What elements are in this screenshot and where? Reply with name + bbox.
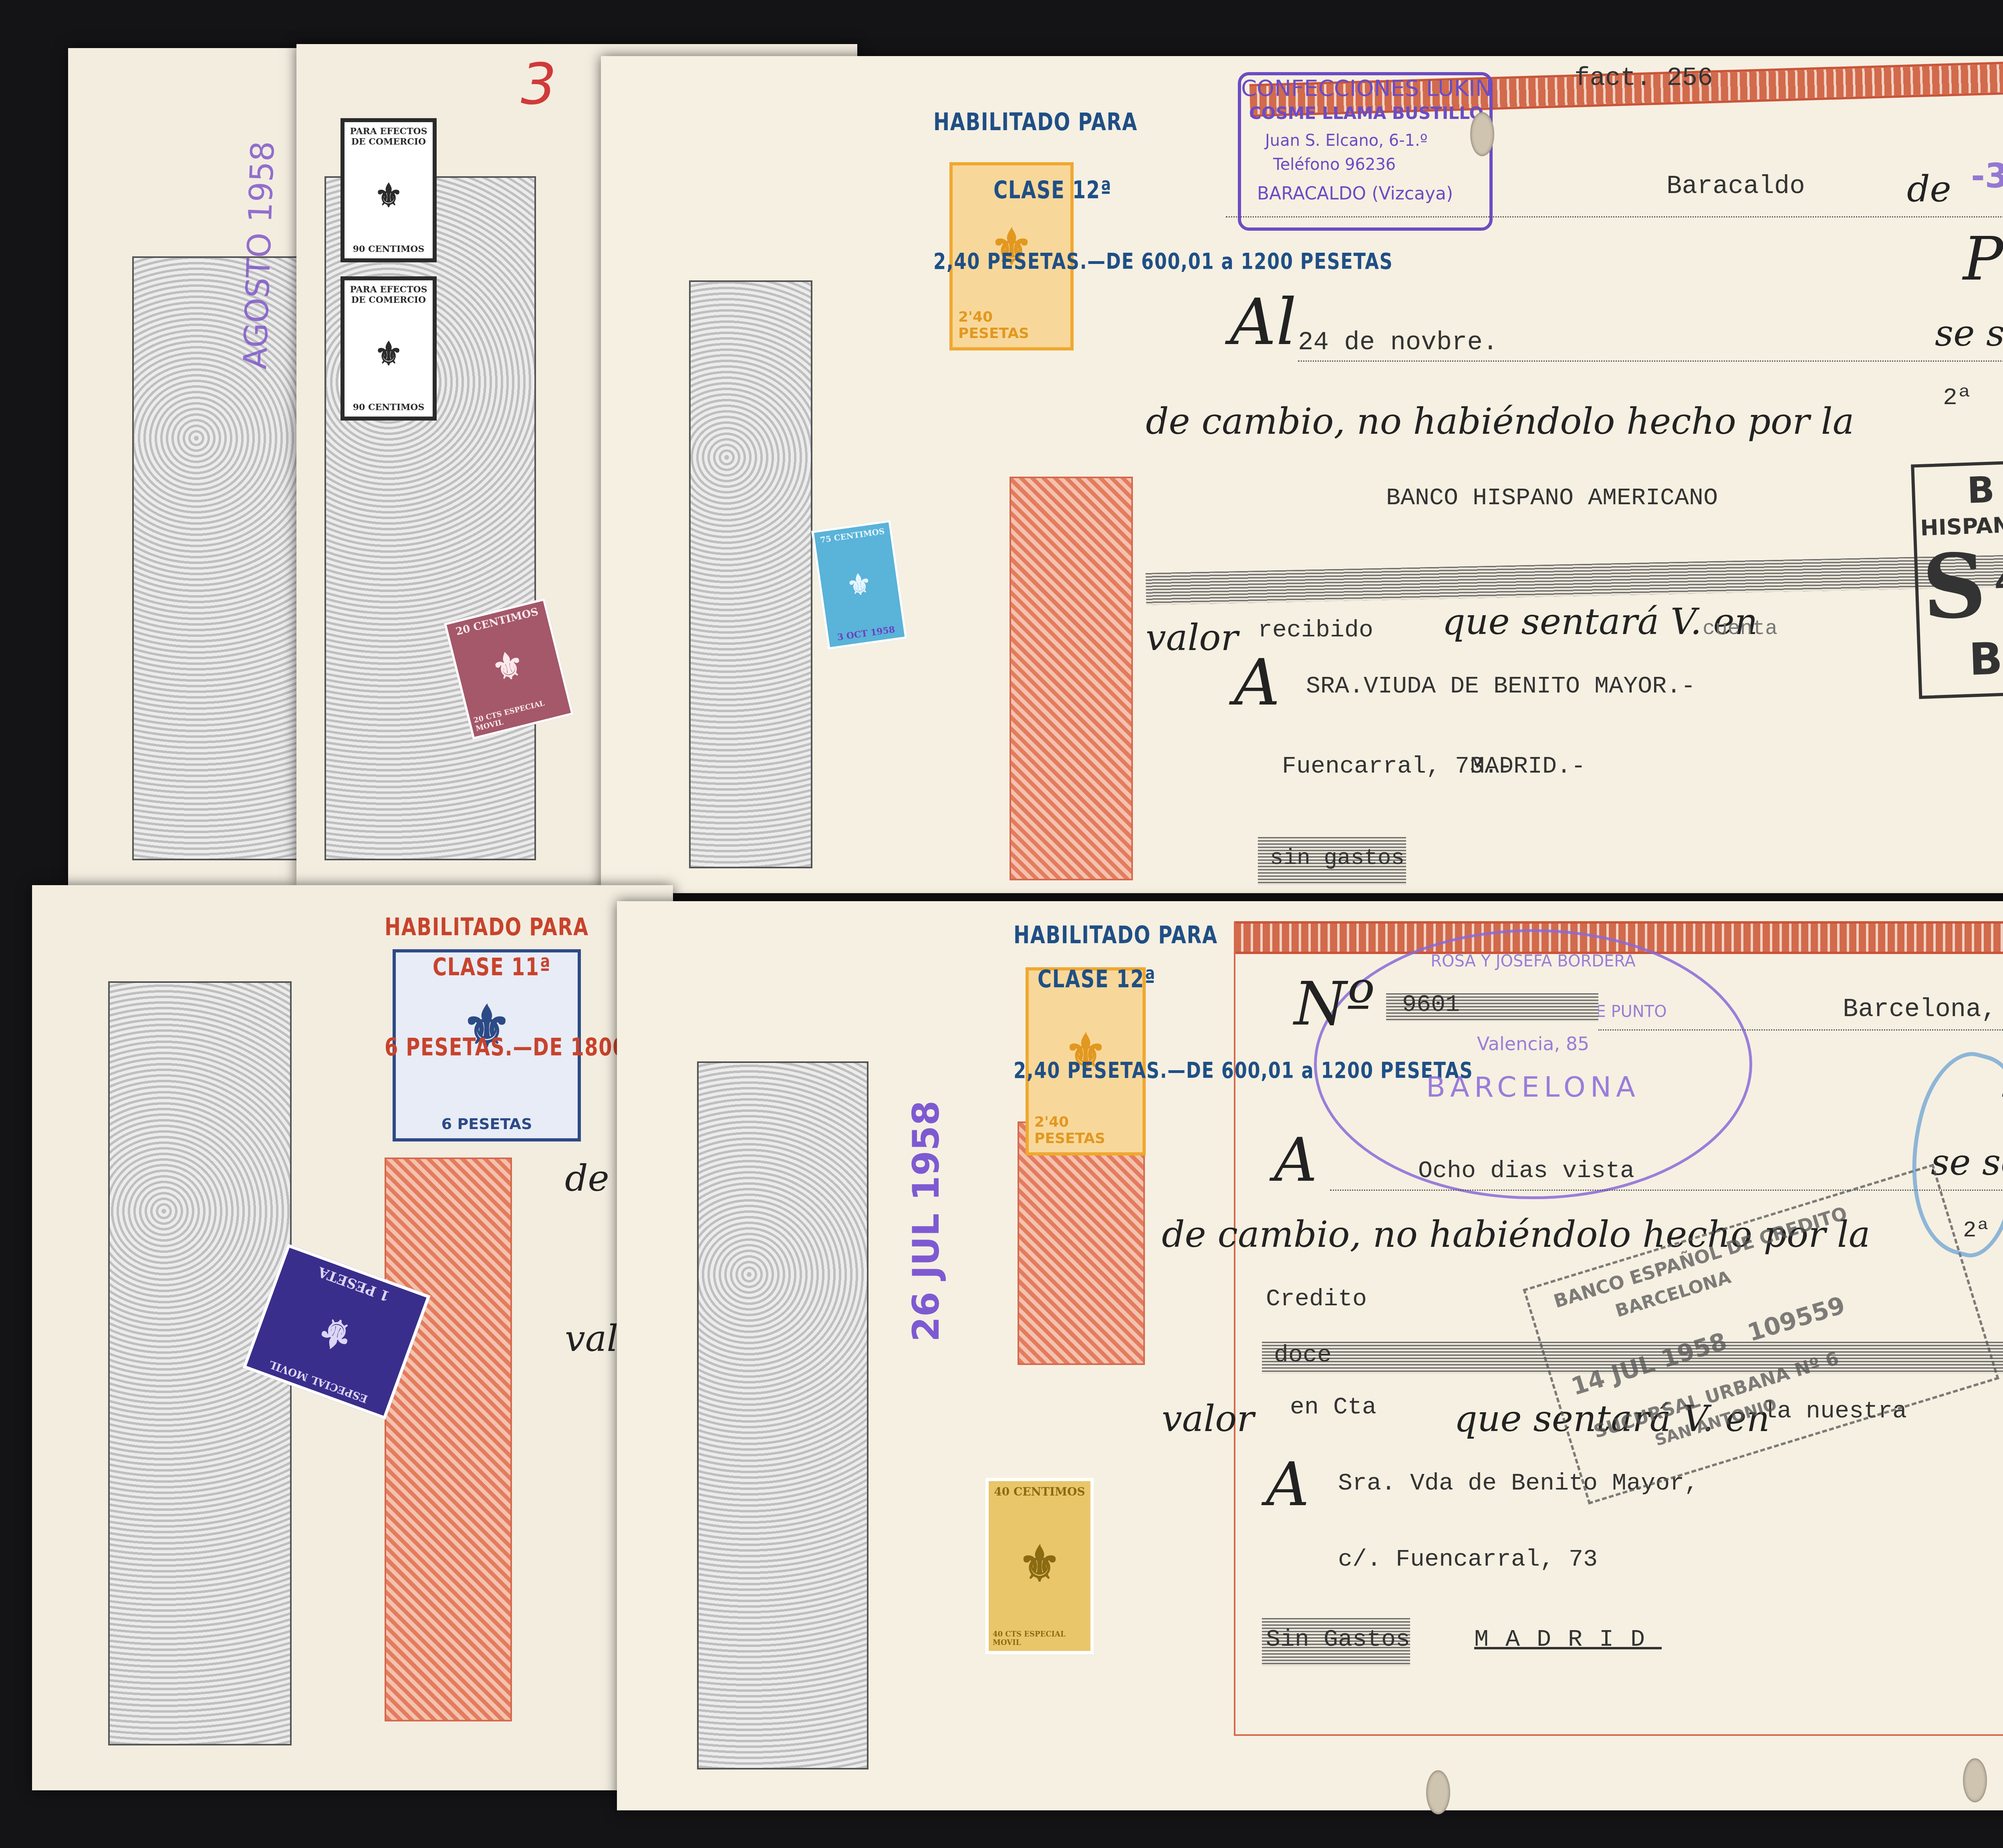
place: Baracaldo: [1666, 172, 1805, 201]
valor-value: en Cta: [1290, 1394, 1376, 1421]
due-date: 24 de novbre.: [1298, 328, 1498, 357]
coat-of-arms-icon: ⚜: [374, 177, 403, 214]
punch-hole: [1470, 112, 1494, 156]
upper-bill-of-exchange: HABILITADO PARA ⚜ 2'40 PESETAS CLASE 12ª…: [601, 56, 2003, 893]
bank-stamp-bilbao: BANCO HISPANO AMERICANO S 467186 BILBAO: [1911, 449, 2003, 699]
lower-bill-of-exchange: 26 JUL 1958 HABILITADO PARA ⚜ 2'40 PESET…: [617, 901, 2003, 1810]
date-line: [1226, 216, 2003, 217]
bill-number: 9601: [1402, 991, 1460, 1019]
drawee-city: MADRID.-: [1470, 753, 1586, 780]
date-line: [1598, 1029, 2003, 1031]
expenses: sin gastos: [1270, 845, 1405, 871]
drawee-name: SRA.VIUDA DE BENITO MAYOR.-: [1306, 673, 1695, 700]
violet-cancel-stamp: 26 JUL 1958: [905, 1101, 947, 1342]
invoice-number: fact. 256: [1574, 64, 1713, 93]
caduceus-emblem: [1018, 1121, 1145, 1365]
label-al: Al: [1230, 284, 1297, 359]
blue-revenue-stamp-75-centimos: 75 CENTIMOS ⚜ 3 OCT 1958: [811, 520, 907, 650]
revenue-stamp-90-centimos-1: PARA EFECTOS DE COMERCIO ⚜ 90 CENTIMOS: [341, 118, 437, 262]
label-valor: valor: [1162, 1398, 1254, 1440]
caduceus-emblem: [1010, 477, 1133, 880]
yellow-revenue-stamp-40-centimos: 40 CENTIMOS ⚜ 40 CTS ESPECIAL MOVIL: [985, 1478, 1094, 1654]
label-valor: valor: [1146, 617, 1238, 659]
label-de: de: [1907, 168, 1951, 210]
habilitado-line2: CLASE 11ª: [433, 953, 551, 981]
label-se-servira: se servirá V. pagar por esta: [1935, 312, 2003, 354]
pencil-mark: 3: [521, 52, 556, 117]
label-de-cambio: de cambio, no habiéndolo hecho por la: [1146, 401, 1854, 443]
coat-of-arms-icon: ⚜: [488, 642, 529, 691]
cancel-stamp-agosto: AGOSTO 1958: [236, 140, 282, 370]
place: Barcelona, 12: [1843, 995, 2003, 1024]
partial-label-val: val: [565, 1318, 618, 1360]
expenses: Sin Gastos: [1266, 1626, 1410, 1653]
payee-line2: Credito: [1266, 1286, 1367, 1313]
label-no: Nº: [1294, 969, 1375, 1039]
fasces-emblem: [697, 1061, 869, 1769]
habilitado-line1: HABILITADO PARA: [933, 108, 1138, 136]
punch-hole: [1963, 1758, 1987, 1802]
lower-left-bill: HABILITADO PARA ⚜ 6 PESETAS CLASE 11ª 6 …: [32, 885, 673, 1790]
issue-date-stamp: -3 OCT. 1958: [1971, 156, 2003, 195]
caduceus-emblem: [385, 1158, 512, 1721]
label-a: A: [1234, 645, 1280, 720]
drawee-city: MADRID: [1474, 1626, 1662, 1653]
habilitado-line3: 6 PESETAS.—DE 1800: [385, 1033, 627, 1061]
copy-second: 2ª: [1943, 384, 1972, 412]
habilitado-line1: HABILITADO PARA: [1014, 921, 1218, 949]
coat-of-arms-icon: ⚜: [311, 1305, 361, 1362]
habilitado-line2: CLASE 12ª: [1038, 965, 1156, 993]
drawee-address: c/. Fuencarral, 73: [1338, 1546, 1598, 1573]
sender-stamp: CONFECCIONES LUKIN COSME LLAMA BUSTILLO …: [1238, 72, 1493, 231]
amount-words-2: doce: [1274, 1342, 1332, 1369]
coat-of-arms-icon: ⚜: [1018, 1536, 1061, 1592]
partial-label-de: de: [565, 1158, 609, 1200]
revenue-stamp-90-centimos-2: PARA EFECTOS DE COMERCIO ⚜ 90 CENTIMOS: [341, 276, 437, 421]
label-por: Por: [1963, 224, 2003, 294]
due-date: Ocho dias vista: [1418, 1158, 1634, 1185]
coat-of-arms-icon: ⚜: [374, 335, 403, 372]
label-a-2: A: [1266, 1450, 1309, 1520]
habilitado-line2: CLASE 12ª: [993, 176, 1112, 204]
fasces-emblem: [689, 280, 812, 868]
label-a: A: [1274, 1125, 1317, 1195]
amount-words-field-2: [1146, 540, 2003, 605]
due-line: [1298, 360, 2003, 362]
habilitado-line1: HABILITADO PARA: [385, 913, 589, 941]
payee-name: BANCO HISPANO AMERICANO: [1386, 485, 1718, 512]
en-value: cuenta: [1703, 617, 1777, 640]
coat-of-arms-icon: ⚜: [844, 566, 874, 603]
habilitado-line3: 2,40 PESETAS.—DE 600,01 a 1200 PESETAS: [933, 248, 1393, 274]
punch-hole: [1426, 1770, 1450, 1814]
valor-value: recibido: [1258, 617, 1373, 644]
